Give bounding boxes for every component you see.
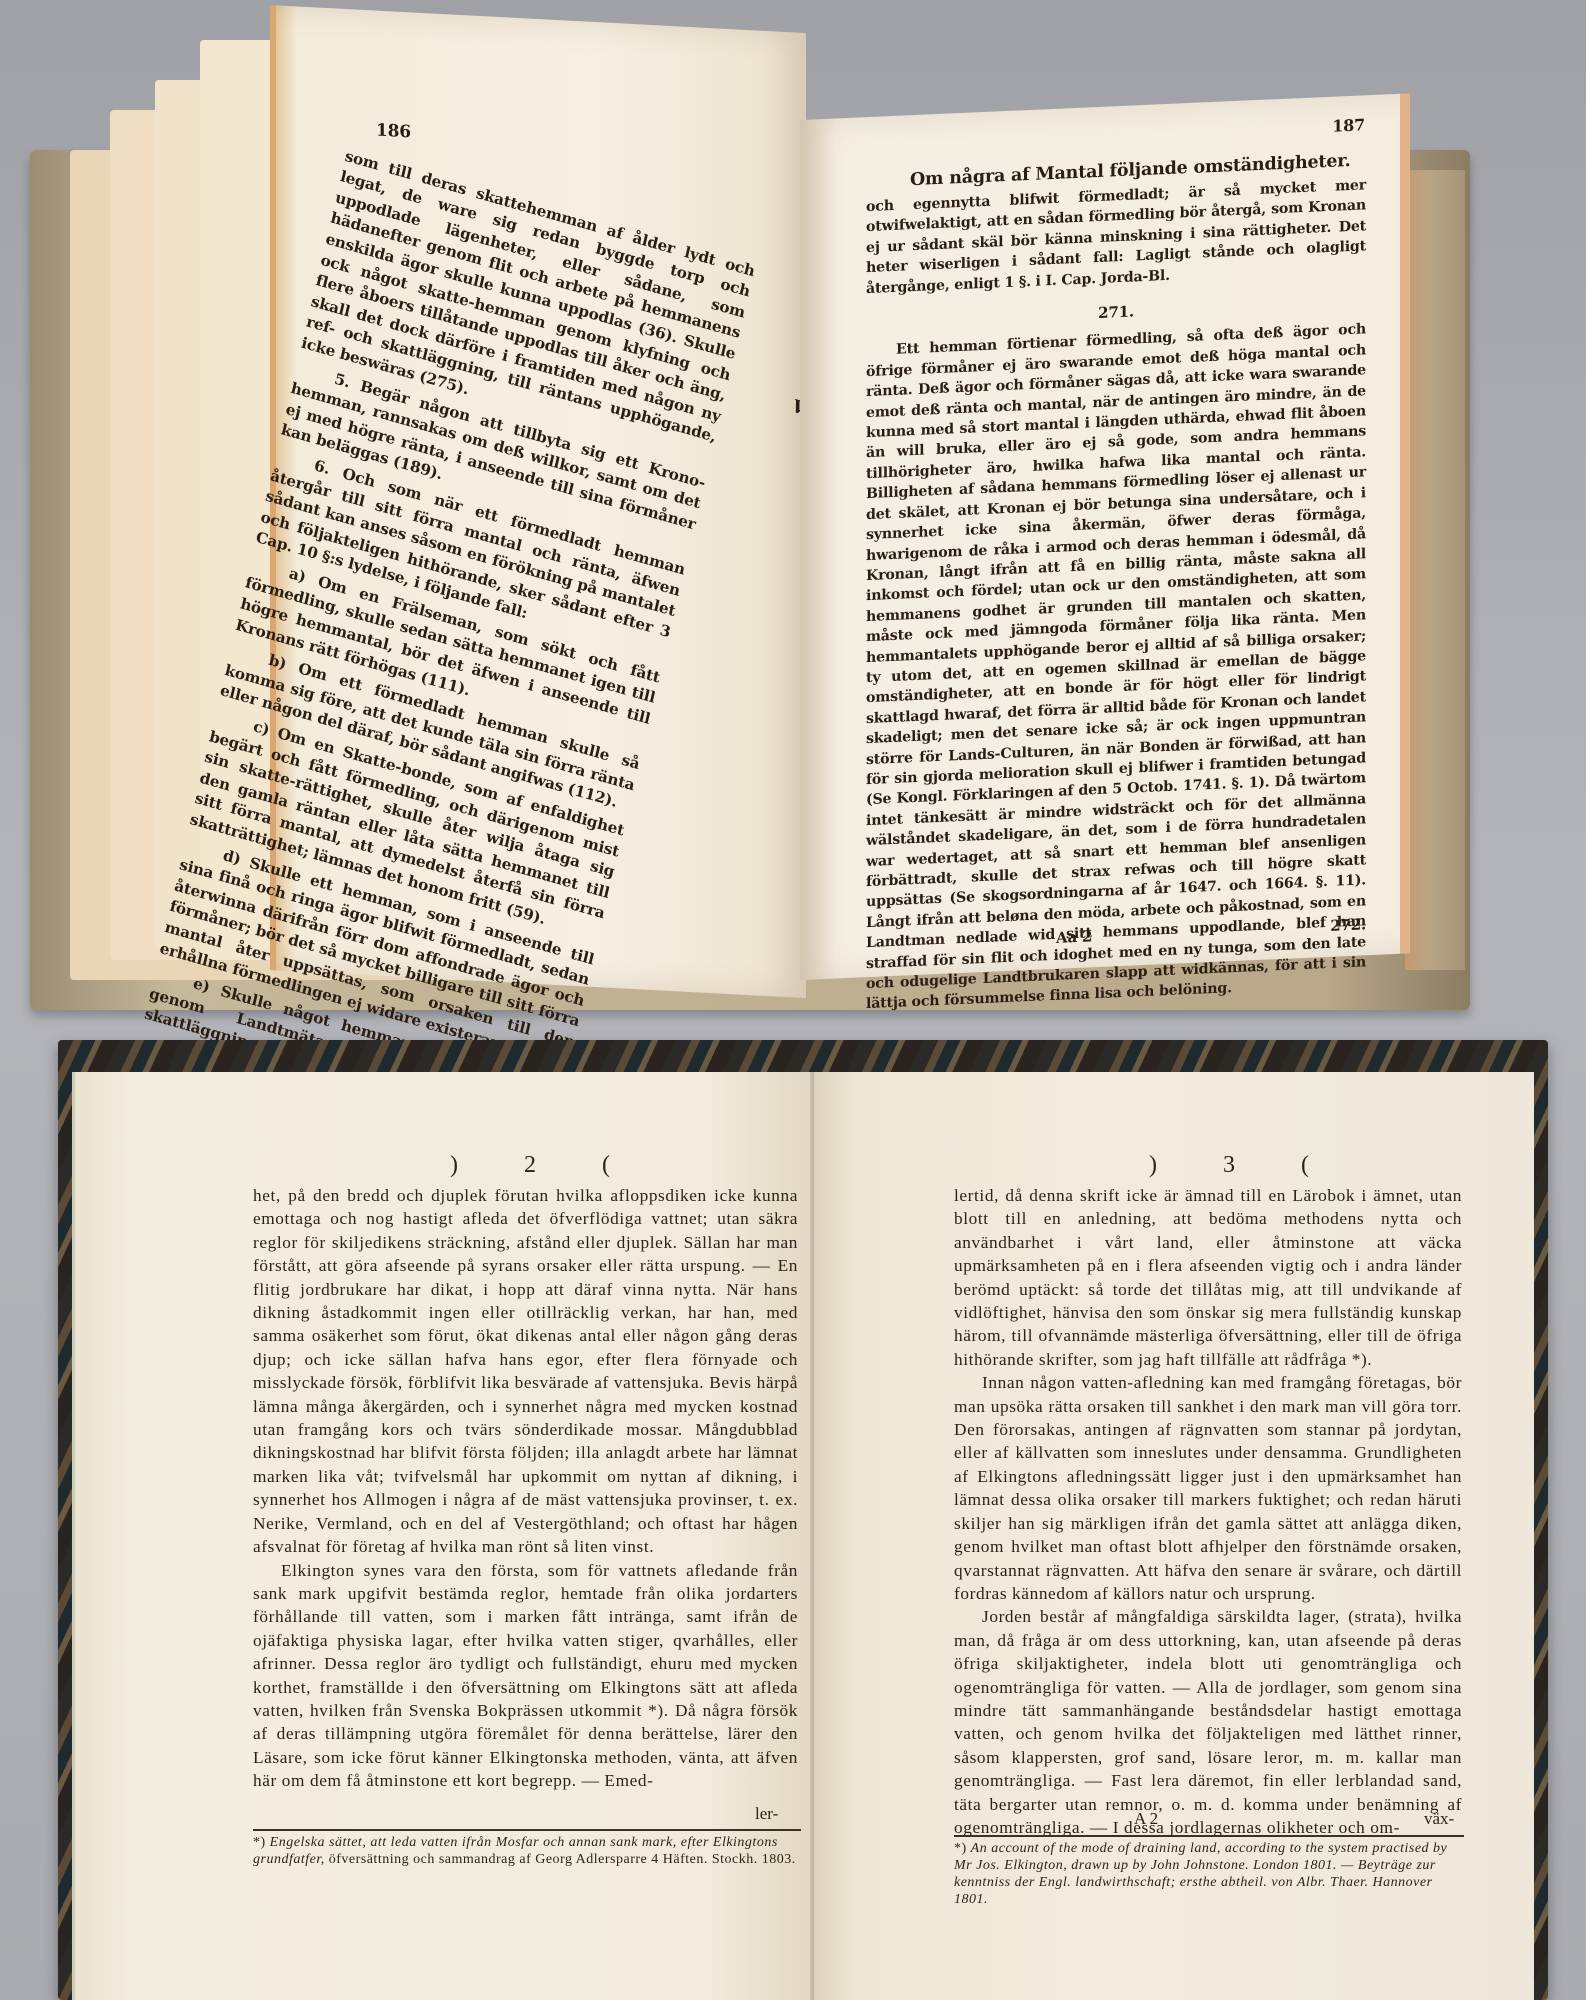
top-book-left-page[interactable]: 186 V. Cap. som till deras skattehemman … — [270, 5, 806, 998]
page-body: het, på den bredd och djuplek förutan hv… — [253, 1184, 798, 1793]
signature-mark: Aa 2 — [1056, 927, 1092, 947]
bottom-book-antiqua: ) 2 ( het, på den bredd och djuplek föru… — [58, 1040, 1548, 2000]
paragraph: Innan någon vatten-afledning kan med fra… — [954, 1371, 1462, 1605]
footnote: *) An account of the mode of draining la… — [954, 1840, 1464, 1908]
catchword: väx- — [1424, 1809, 1454, 1829]
page-number: 187 — [1332, 115, 1365, 135]
bottom-book-left-page[interactable]: ) 2 ( het, på den bredd och djuplek föru… — [72, 1072, 817, 2000]
top-book-right-edge — [1405, 170, 1465, 970]
catchword: ler- — [755, 1804, 778, 1824]
footnote-roman: öfversättning och sammandrag af Georg Ad… — [329, 1852, 796, 1867]
top-book-fraktur: 186 V. Cap. som till deras skattehemman … — [30, 0, 1470, 1010]
paragraph: och egennytta blifwit förmedladt; är så … — [866, 175, 1366, 299]
top-book-right-page[interactable]: Om några af Mantal följande omständighet… — [800, 93, 1410, 980]
page-header: ) 3 ( — [1149, 1152, 1339, 1179]
page-body: och egennytta blifwit förmedladt; är så … — [866, 175, 1366, 1017]
paragraph: lertid, då denna skrift icke är ämnad ti… — [954, 1184, 1462, 1371]
footnote-rule — [954, 1835, 1464, 1837]
bottom-book-right-page[interactable]: ) 3 ( lertid, då denna skrift icke är äm… — [814, 1072, 1534, 2000]
page-number: 186 — [376, 121, 411, 143]
page-header: ) 2 ( — [450, 1152, 640, 1179]
footnote-rule — [253, 1829, 801, 1831]
footnote-text: An account of the mode of draining land,… — [954, 1841, 1447, 1907]
footnote-marker: *) — [253, 1835, 266, 1850]
paragraph: Ett hemman förtienar förmedling, så ofta… — [866, 320, 1366, 1015]
page-body: lertid, då denna skrift icke är ämnad ti… — [954, 1184, 1462, 1839]
catchword: 272. — [1330, 915, 1366, 935]
footnote-marker: *) — [954, 1841, 967, 1856]
paragraph: Elkington synes vara den första, som för… — [253, 1559, 798, 1793]
footnote: *) Engelska sättet, att leda vatten ifrå… — [253, 1834, 801, 1868]
paragraph: het, på den bredd och djuplek förutan hv… — [253, 1184, 798, 1559]
paragraph: Jorden består af mångfaldiga särskildta … — [954, 1605, 1462, 1839]
signature-mark: A 2 — [1134, 1809, 1158, 1829]
